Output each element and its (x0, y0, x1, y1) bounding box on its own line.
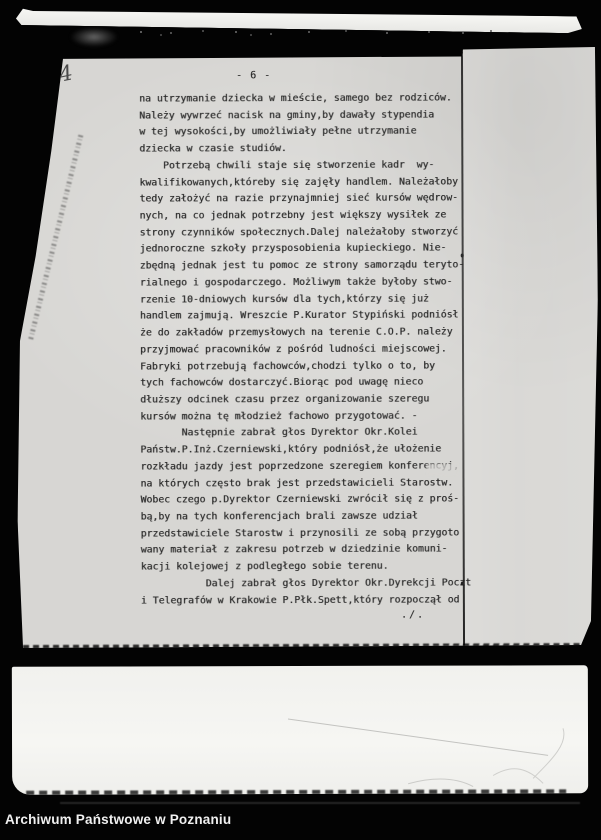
typewritten-line: Wobec czego p.Dyrektor Czerniewski zwróc… (141, 492, 477, 510)
scratch-marks (288, 683, 588, 794)
typewritten-line: i Telegrafów w Krakowie P.Płk.Spett,któr… (141, 592, 477, 610)
typewritten-line: przyjmować pracowników z pośród ludności… (140, 341, 476, 359)
typewritten-line: handlem zajmują. Wreszcie P.Kurator Styp… (140, 308, 476, 326)
blank-sheet (12, 665, 588, 795)
typewritten-line: bą,by na tych konferencjach brali zawsze… (141, 508, 477, 526)
typewritten-line: kursów można tę młodzież fachowo przygot… (140, 408, 476, 426)
continuation-mark: ./. (401, 610, 425, 621)
typewritten-line: kwalifikowanych,któreby się zajęły handl… (139, 174, 475, 192)
typewritten-line: rialnego i gospodarczego. Możliwym także… (140, 274, 476, 292)
faded-ink-patch (426, 463, 458, 475)
typewritten-line: tych fachowców dostarczyć.Biorąc pod uwa… (140, 375, 476, 393)
typewritten-line: na których często brak jest przedstawici… (140, 475, 476, 493)
typewritten-line: Fabryki potrzebują fachowców,chodzi tylk… (140, 358, 476, 376)
typewritten-line: tedy założyć na razie przynajmniej sieć … (139, 191, 475, 209)
dust-speckle-blob (70, 27, 118, 47)
typewritten-text-block: na utrzymanie dziecka w mieście, samego … (139, 90, 477, 609)
archive-watermark: Archiwum Państwowe w Poznaniu (5, 812, 231, 827)
typewritten-line: w tej wysokości,by umożliwiały pełne utr… (139, 124, 475, 142)
typewritten-line: dłuższy odcinek czasu przez organizowani… (140, 391, 476, 409)
typewritten-line: przedstawiciele Starostw i przynosili ze… (141, 525, 477, 543)
shadow-line (60, 802, 580, 804)
typewritten-line: dziecka w czasie studiów. (139, 141, 475, 159)
typewritten-line: jednoroczne szkoły przysposobienia kupie… (140, 241, 476, 259)
spine-stamp-illegible (28, 135, 83, 342)
dust-speckles (140, 31, 142, 33)
typewritten-line: nych, na co jednak potrzebny jest większ… (140, 207, 476, 225)
typewritten-line: Następnie zabrał głos Dyrektor Okr.Kolei (140, 425, 476, 443)
typewritten-line: że do zakładów przemysłowych na terenie … (140, 324, 476, 342)
handwritten-folio-number: 14 (45, 61, 74, 90)
typewritten-line: Dalej zabrał głos Dyrektor Okr.Dyrekcji … (141, 575, 477, 593)
typewritten-line: rzenie 10-dniowych kursów dla tych,którz… (140, 291, 476, 309)
page-number: - 6 - (236, 70, 271, 81)
typewritten-line: na utrzymanie dziecka w mieście, samego … (139, 90, 475, 108)
typewritten-line: wany materiał z zakresu potrzeb w dziedz… (141, 542, 477, 560)
archival-photo-frame: 14 - 6 - na utrzymanie dziecka w mieście… (0, 0, 601, 840)
page-fold-strip (462, 47, 599, 647)
document-page: 14 - 6 - na utrzymanie dziecka w mieście… (13, 43, 601, 653)
typewritten-line: Państw.P.Inż.Czerniewski,który podniósł,… (140, 442, 476, 460)
typewritten-line: zbędną jednak jest tu pomoc ze strony sa… (140, 258, 476, 276)
typewritten-line: strony czynników społecznych.Dalej należ… (140, 224, 476, 242)
typewritten-line: Należy wywrzeć nacisk na gminy,by dawały… (139, 107, 475, 125)
typewritten-line: kacji kolejowej z podległego sobie teren… (141, 559, 477, 577)
typewritten-line: Potrzebą chwili staje się stworzenie kad… (139, 157, 475, 175)
